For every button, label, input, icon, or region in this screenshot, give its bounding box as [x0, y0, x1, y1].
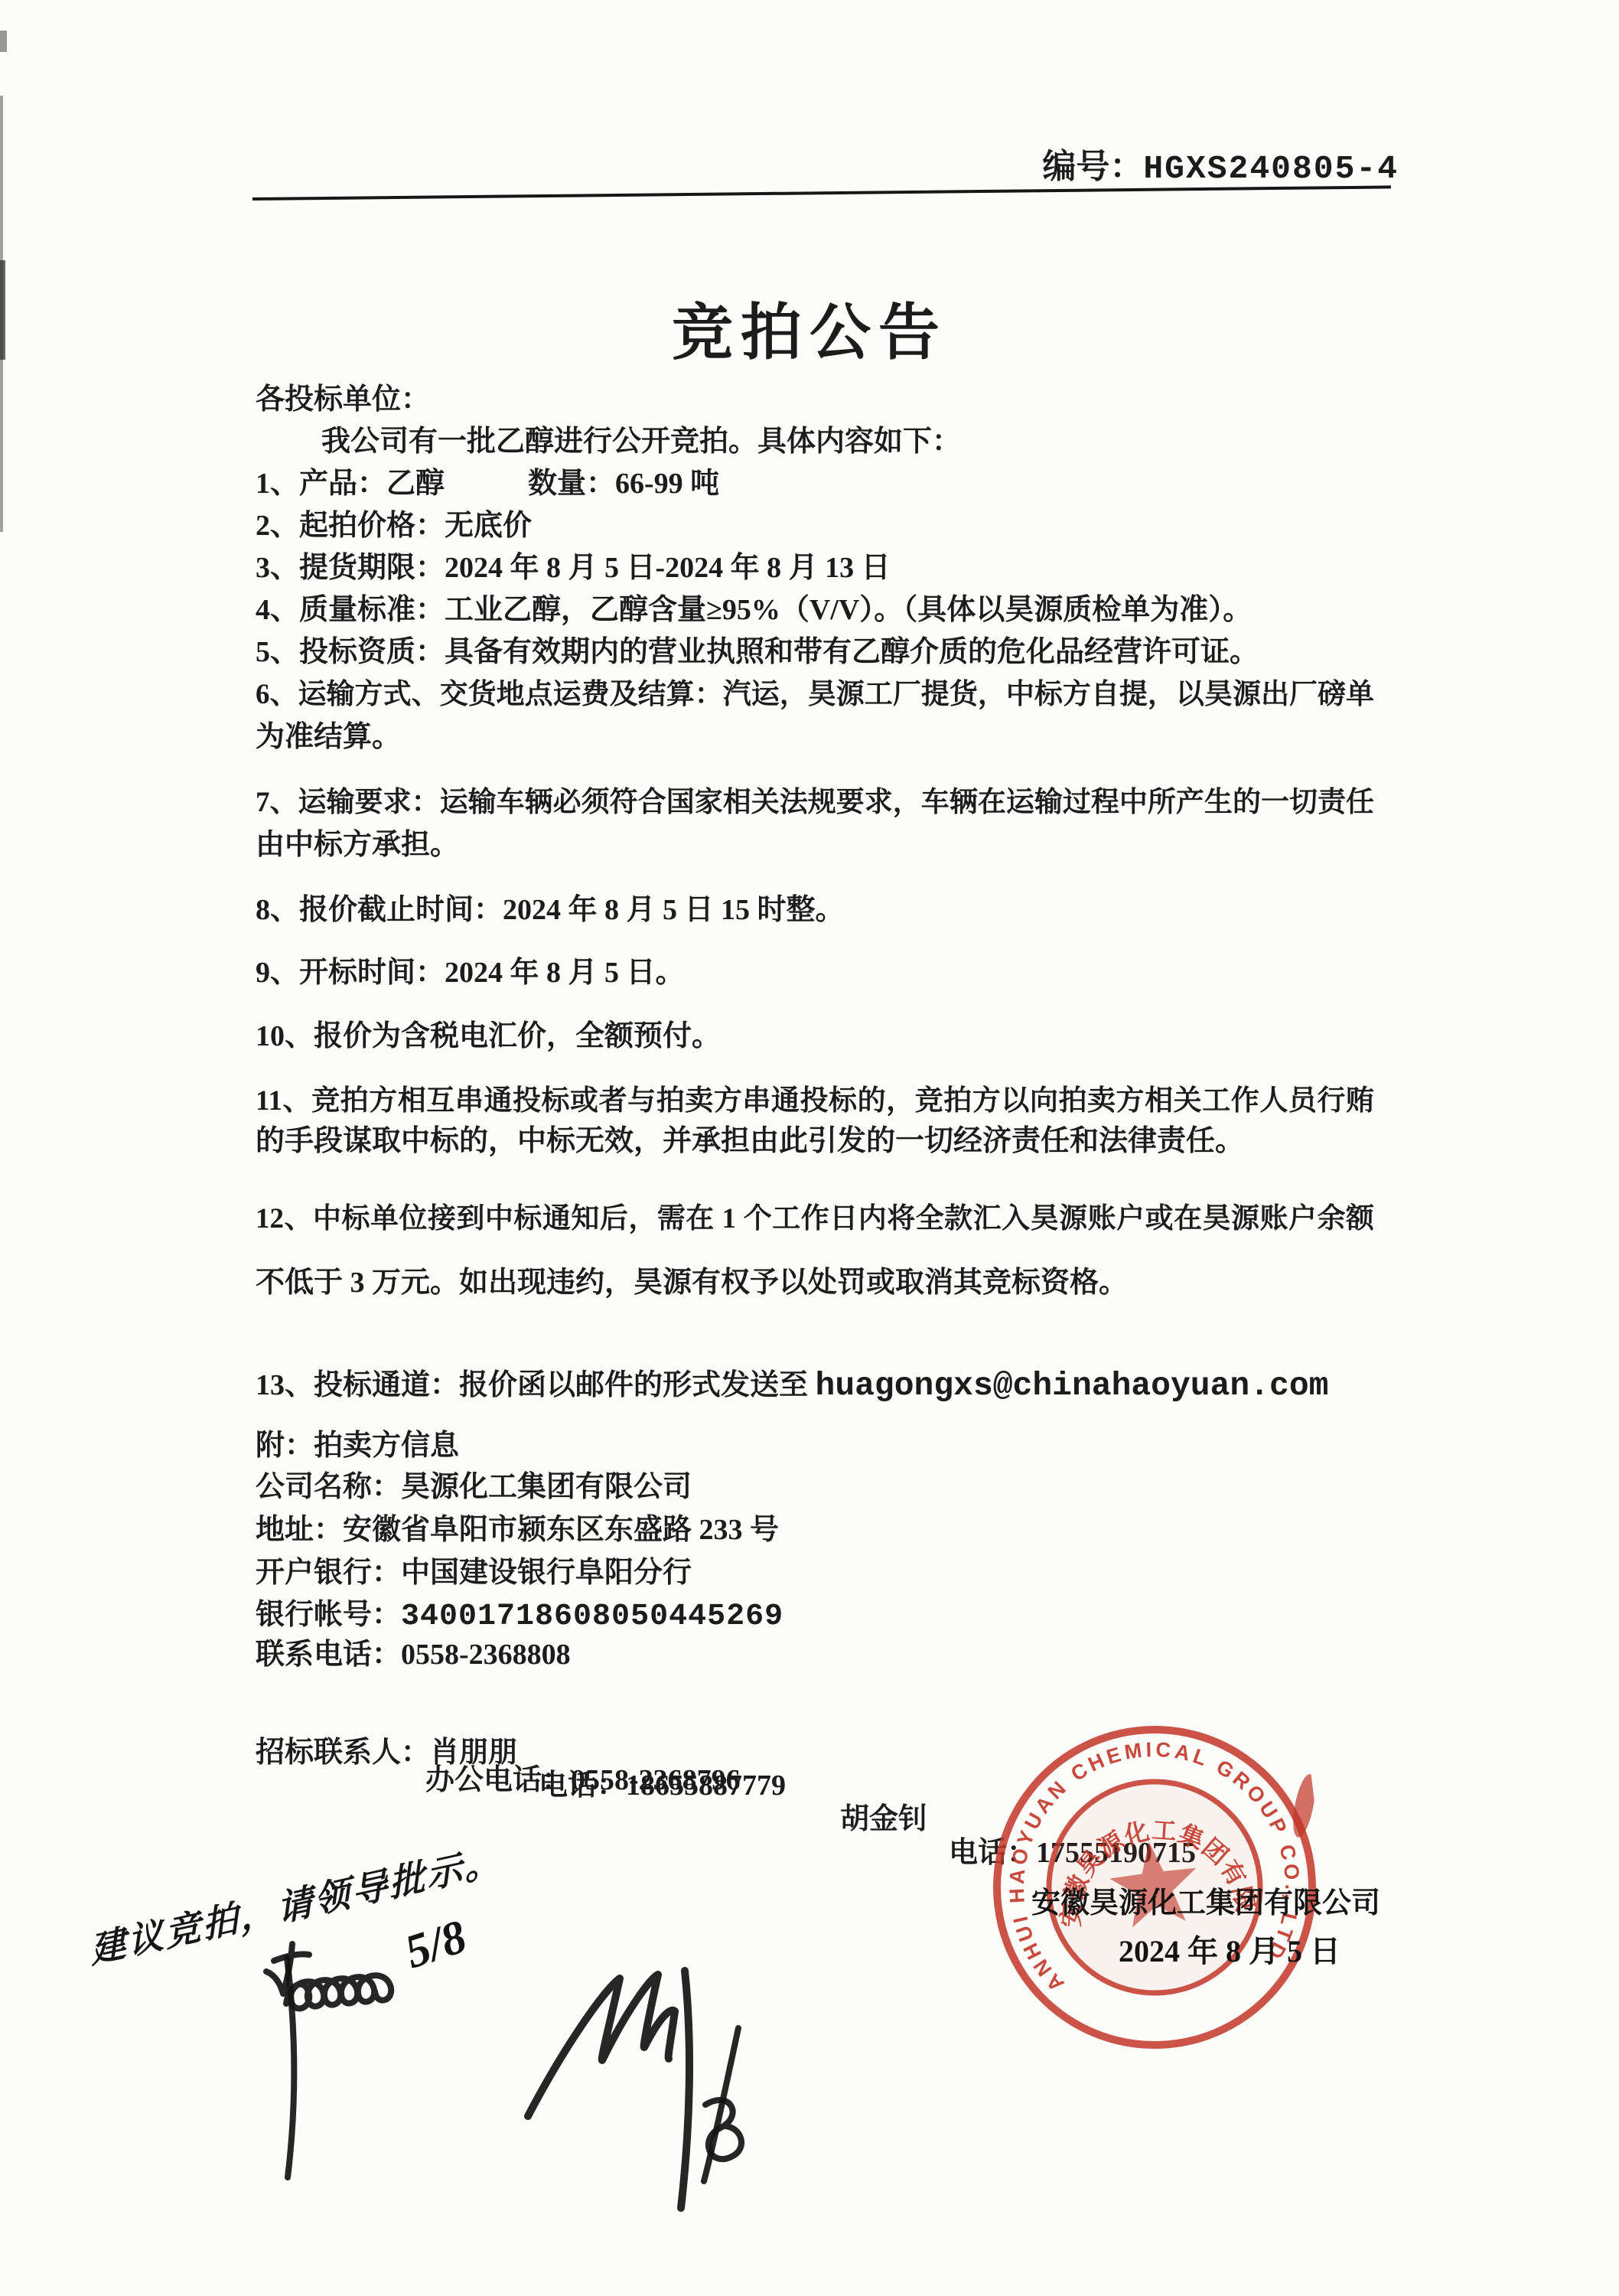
item-13-email: huagongxs@chinahaoyuan.com	[816, 1367, 1329, 1404]
item-5-line: 5、投标资质：具备有效期内的营业执照和带有乙醇介质的危化品经营许可证。	[256, 636, 1259, 670]
scan-corner-smudge	[0, 31, 7, 52]
item-9-line: 9、开标时间：2024 年 8 月 5 日。	[256, 957, 685, 990]
contact2-name: 胡金钊	[840, 1803, 927, 1837]
handwritten-signature-center	[505, 1944, 796, 2235]
attachment-office-phone: 办公电话：0558-2368796	[425, 1764, 741, 1798]
attachment-heading: 附：拍卖方信息	[256, 1430, 459, 1463]
item-7-line-2: 由中标方承担。	[256, 829, 459, 863]
signoff-company: 安徽昊源化工集团有限公司	[1031, 1879, 1380, 1921]
signature-loops	[286, 1975, 391, 2008]
item-1-product: 1、产品：乙醇	[256, 468, 445, 500]
document-number: 编号：HGXS240805-4	[1042, 148, 1399, 188]
signature-descender-stroke	[287, 1958, 294, 2177]
handwritten-date-mark: 5/8	[399, 1910, 472, 1978]
scanned-auction-notice-page: 编号：HGXS240805-4 竞拍公告 各投标单位： 我公司有一批乙醇进行公开…	[0, 0, 1619, 2296]
attachment-company-name: 公司名称：昊源化工集团有限公司	[256, 1471, 692, 1505]
item-6-line-1: 6、运输方式、交货地点运费及结算：汽运，昊源工厂提货，中标方自提，以昊源出厂磅单	[256, 679, 1374, 712]
item-1-quantity: 数量：66-99 吨	[528, 468, 719, 501]
item-12-line-2: 不低于 3 万元。如出现违约，昊源有权予以处罚或取消其竞标资格。	[256, 1267, 1128, 1300]
item-10-line: 10、报价为含税电汇价，全额预付。	[256, 1020, 721, 1054]
item-3-line: 3、提货期限：2024 年 8 月 5 日-2024 年 8 月 13 日	[256, 552, 891, 585]
attachment-contact-phone: 联系电话：0558-2368808	[256, 1639, 571, 1672]
item-13-prefix: 13、投标通道：报价函以邮件的形式发送至	[256, 1369, 816, 1401]
page-title: 竞拍公告	[0, 298, 1619, 369]
item-6-line-2: 为准结算。	[256, 721, 401, 755]
attachment-address: 地址：安徽省阜阳市颍东区东盛路 233 号	[256, 1514, 779, 1548]
attachment-account-label: 银行帐号：	[256, 1599, 401, 1631]
item-2-line: 2、起拍价格：无底价	[256, 510, 532, 543]
item-13-line: 13、投标通道：报价函以邮件的形式发送至 huagongxs@chinahaoy…	[256, 1367, 1328, 1404]
signoff-date: 2024 年 8 月 5 日	[1119, 1927, 1340, 1971]
attachment-account-line: 银行帐号：34001718608050445269	[256, 1599, 783, 1635]
item-11-line-2: 的手段谋取中标的，中标无效，并承担由此引发的一切经济责任和法律责任。	[256, 1125, 1244, 1159]
document-number-label: 编号：	[1042, 148, 1143, 185]
item-4-line: 4、质量标准：工业乙醇，乙醇含量≥95%（V/V）。（具体以昊源质检单为准）。	[256, 594, 1252, 628]
salutation-line: 各投标单位：	[256, 383, 430, 417]
attachment-bank: 开户银行：中国建设银行阜阳分行	[256, 1557, 692, 1590]
item-11-line-1: 11、竞拍方相互串通投标或者与拍卖方串通投标的，竞拍方以向拍卖方相关工作人员行贿	[256, 1085, 1374, 1118]
item-1-line: 1、产品：乙醇数量：66-99 吨	[256, 468, 1374, 501]
signature-long-descender	[681, 1971, 689, 2208]
attachment-account-number: 34001718608050445269	[401, 1600, 783, 1634]
signature-zigzag	[528, 1975, 675, 2116]
item-7-line-1: 7、运输要求：运输车辆必须符合国家相关法规要求，车辆在运输过程中所产生的一切责任	[256, 787, 1374, 820]
document-number-value: HGXS240805-4	[1143, 150, 1399, 188]
intro-line: 我公司有一批乙醇进行公开竞拍。具体内容如下：	[321, 426, 961, 459]
header-rule	[252, 185, 1391, 201]
handwritten-signature-left: 5/8	[252, 1837, 505, 2197]
item-12-line-1: 12、中标单位接到中标通知后，需在 1 个工作日内将全款汇入昊源账户或在昊源账户…	[256, 1203, 1374, 1236]
item-8-line: 8、报价截止时间：2024 年 8 月 5 日 15 时整。	[256, 894, 845, 928]
